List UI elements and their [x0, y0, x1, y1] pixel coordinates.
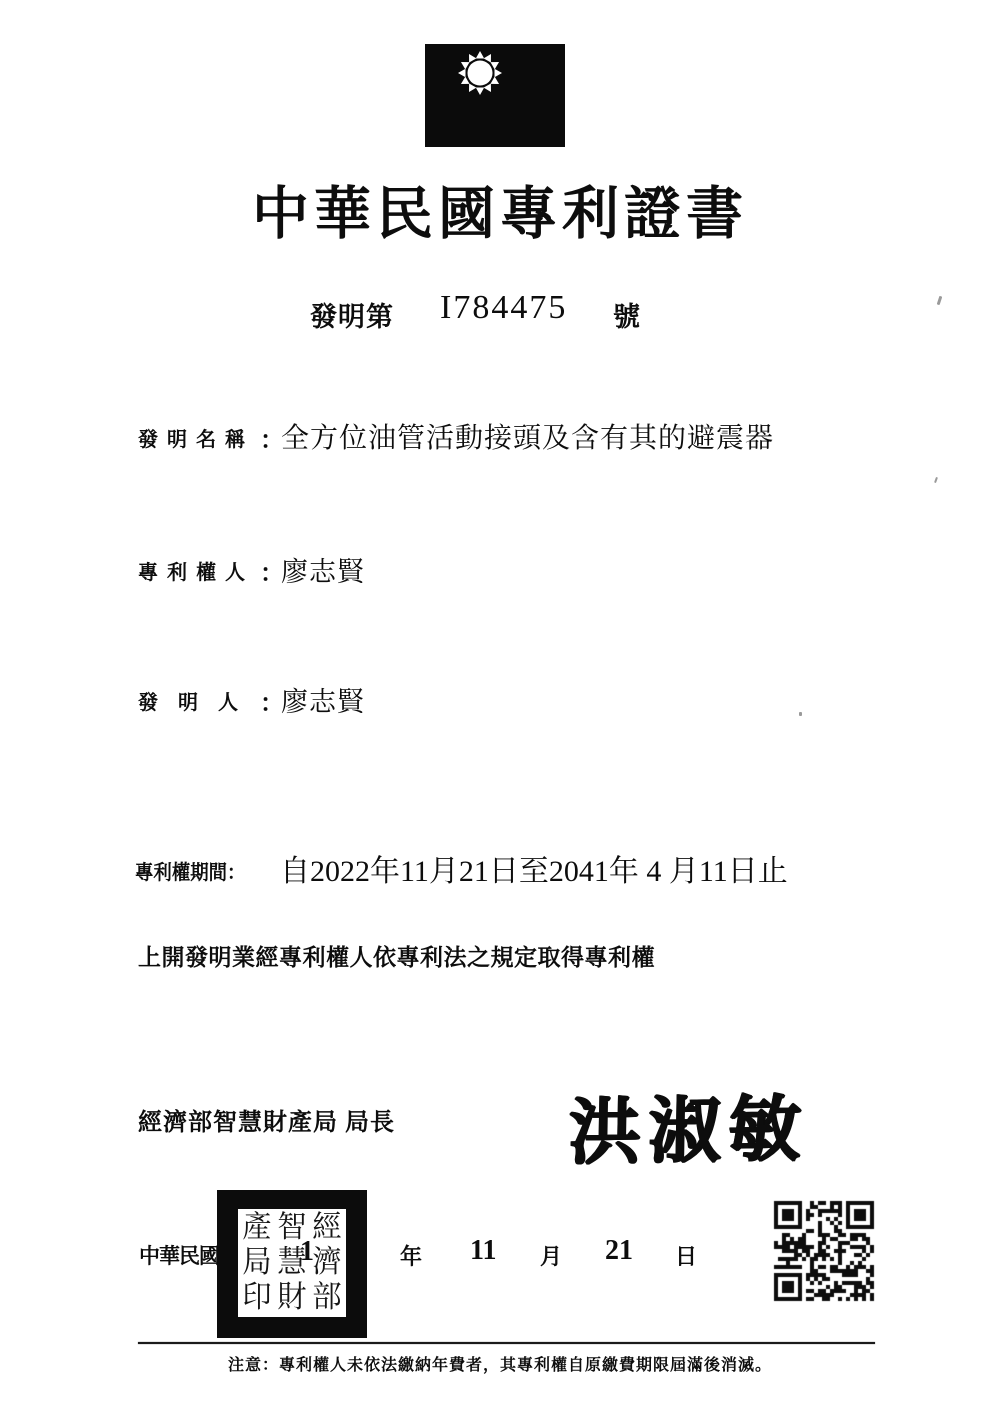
qr-code: [770, 1197, 878, 1305]
issuing-office-title: 經濟部智慧財產局 局長: [138, 1102, 395, 1137]
official-seal-stamp: 產 智 經 局 慧 濟 印 財 部: [217, 1190, 367, 1338]
sun-disc: [468, 61, 493, 86]
cert-number-suffix: 號: [613, 295, 640, 334]
seal-inner-face: 產 智 經 局 慧 濟 印 財 部: [238, 1209, 346, 1317]
date-day-value: 21: [605, 1235, 633, 1267]
scan-speck: [937, 296, 943, 305]
seal-char: 財: [277, 1282, 306, 1313]
footer-note: 注意：專利權人未依法繳納年費者，其專利權自原繳費期限屆滿後消滅。: [0, 1352, 1000, 1375]
patentee-label: 專 利 權 人: [138, 556, 247, 585]
seal-char: 濟: [312, 1248, 341, 1279]
director-signature: 洪淑敏: [567, 1070, 809, 1178]
roc-flag-emblem-icon: [425, 44, 565, 147]
patent-term-label: 專利權期間：: [135, 856, 245, 885]
inventor-value: 廖志賢: [281, 680, 365, 719]
invention-name-label: 發 明 名 稱: [138, 423, 247, 452]
date-era-label: 中華民國: [139, 1240, 219, 1270]
footer-divider: [138, 1342, 875, 1344]
cert-number: I784475: [440, 289, 567, 327]
seal-char: 局: [243, 1248, 272, 1279]
legal-statement: 上開發明業經專利權人依專利法之規定取得專利權: [138, 939, 655, 972]
certificate-title: 中華民國專利證書: [0, 168, 1000, 250]
flag-field: [425, 44, 565, 147]
seal-char: 部: [312, 1282, 341, 1313]
date-year-unit: 年: [400, 1240, 422, 1271]
patentee-value: 廖志賢: [281, 550, 365, 589]
date-day-unit: 日: [675, 1240, 697, 1271]
patent-certificate-page: 中華民國專利證書 發明第 I784475 號 發 明 名 稱 ： 全方位油管活動…: [0, 0, 1000, 1415]
scan-speck: [799, 712, 802, 716]
seal-char: 經: [312, 1213, 341, 1244]
patent-term-value: 自2022年11月21日至2041年 4 月11日止: [280, 846, 788, 890]
cert-number-prefix: 發明第: [310, 295, 394, 334]
date-year-partial-digit: 1: [300, 1236, 314, 1268]
date-month-value: 11: [470, 1235, 496, 1267]
date-month-unit: 月: [540, 1240, 562, 1271]
inventor-label: 發 明 人: [138, 686, 238, 715]
invention-name-value: 全方位油管活動接頭及含有其的避震器: [281, 416, 774, 456]
seal-char: 印: [243, 1282, 272, 1313]
scan-speck: [934, 477, 938, 483]
seal-char: 產: [243, 1213, 272, 1244]
